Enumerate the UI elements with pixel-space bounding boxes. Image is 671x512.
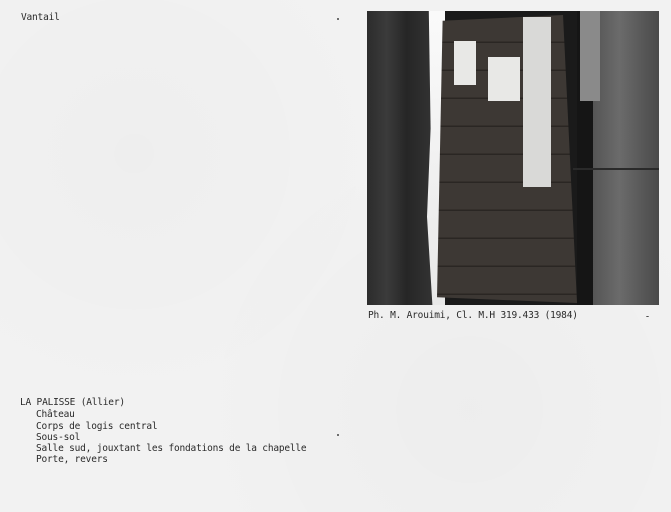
location-heading: LA PALISSE (Allier) <box>20 397 125 408</box>
stone-joint <box>573 168 659 170</box>
posted-paper <box>488 57 520 101</box>
location-line: Château <box>36 409 75 420</box>
stone-wall-left <box>367 11 433 305</box>
stone-pillar-highlight <box>580 11 600 101</box>
card-title: Vantail <box>21 12 60 23</box>
speck <box>337 434 339 436</box>
posted-paper <box>454 41 476 85</box>
door-photograph <box>367 11 659 305</box>
posted-paper-column <box>523 17 551 187</box>
speck <box>646 316 649 317</box>
location-line: Sous-sol <box>36 432 80 443</box>
location-line: Porte, revers <box>36 454 108 465</box>
photo-caption: Ph. M. Arouimi, Cl. M.H 319.433 (1984) <box>368 310 578 321</box>
location-line: Corps de logis central <box>36 421 157 432</box>
location-line: Salle sud, jouxtant les fondations de la… <box>36 443 306 454</box>
speck <box>337 18 339 20</box>
stone-pillar <box>593 11 659 305</box>
